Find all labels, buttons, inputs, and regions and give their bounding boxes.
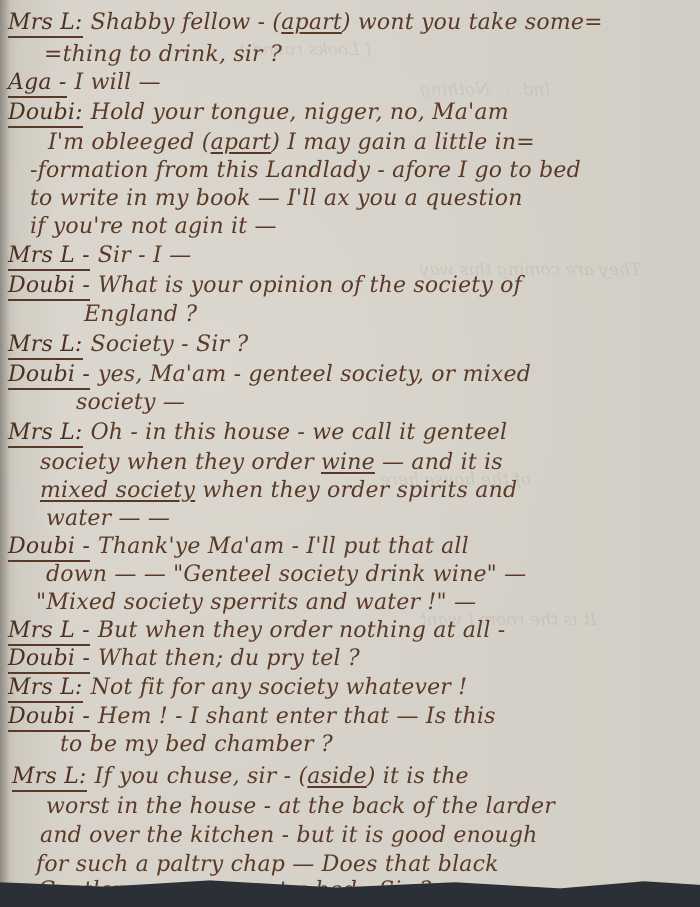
speaker-label: Mrs L - bbox=[8, 243, 90, 271]
script-line: Mrs L:If you chuse, sir - (aside) it is … bbox=[12, 764, 469, 792]
script-line: Mrs L:Shabby fellow - (apart) wont you t… bbox=[8, 10, 603, 38]
script-line: Aga -I will — bbox=[8, 70, 161, 98]
script-line: Doubi -What then; du pry tel ? bbox=[8, 646, 360, 674]
script-line: for such a paltry chap — Does that black bbox=[36, 852, 499, 877]
speaker-label: Mrs L: bbox=[12, 764, 87, 792]
script-line: -formation from this Landlady - afore I … bbox=[30, 158, 581, 183]
script-line: to be my bed chamber ? bbox=[60, 732, 333, 757]
bleed-through-text: Ind. . . Nothing bbox=[420, 80, 551, 100]
speaker-label: Doubi - bbox=[8, 646, 90, 674]
emphasis: mixed society bbox=[40, 478, 195, 503]
script-line: mixed society when they order spirits an… bbox=[40, 478, 517, 503]
struck-word: want bbox=[232, 878, 288, 903]
script-line: Doubi:Hold your tongue, nigger, no, Ma'a… bbox=[8, 100, 509, 128]
script-line: to write in my book — I'll ax you a ques… bbox=[30, 186, 523, 211]
script-line: and over the kitchen - but it is good en… bbox=[40, 823, 537, 848]
speaker-label: Doubi: bbox=[8, 100, 83, 128]
script-line: Doubi -Thank'ye Ma'am - I'll put that al… bbox=[8, 534, 469, 562]
stage-direction: aside bbox=[307, 764, 367, 789]
script-line: Mrs L -But when they order nothing at al… bbox=[8, 618, 505, 646]
script-line: society when they order wine — and it is bbox=[40, 450, 503, 475]
script-line: Mrs L:Oh - in this house - we call it ge… bbox=[8, 420, 507, 448]
stage-direction: apart bbox=[211, 130, 272, 155]
speaker-label: Doubi - bbox=[8, 362, 90, 390]
manuscript-page: ( Looks round ) Ind. . . Nothing They ar… bbox=[0, 0, 700, 892]
speaker-label: Doubi - bbox=[8, 704, 90, 732]
script-line: Doubi -yes, Ma'am - genteel society, or … bbox=[8, 362, 531, 390]
speaker-label: Mrs L: bbox=[8, 420, 83, 448]
speaker-label: Aga - bbox=[8, 70, 67, 98]
page-edge-shadow bbox=[0, 0, 10, 907]
script-line: Doubi -What is your opinion of the socie… bbox=[8, 273, 522, 301]
stage-direction: apart bbox=[281, 10, 342, 35]
script-line: Mrs L:Not fit for any society whatever ! bbox=[8, 675, 467, 703]
script-line: down — — "Genteel society drink wine" — bbox=[46, 562, 526, 587]
speaker-label: Mrs L: bbox=[8, 332, 83, 360]
speaker-label: Mrs L: bbox=[8, 10, 83, 38]
script-line: society — bbox=[76, 390, 185, 415]
script-line: I'm obleeged (apart) I may gain a little… bbox=[48, 130, 535, 155]
speaker-label: Mrs L: bbox=[8, 675, 83, 703]
speaker-label: Doubi - bbox=[8, 273, 90, 301]
script-line: Doubi -Hem ! - I shant enter that — Is t… bbox=[8, 704, 496, 732]
script-line: "Mixed society sperrits and water !" — bbox=[36, 590, 476, 615]
script-line: if you're not agin it — bbox=[30, 214, 277, 239]
script-line: England ? bbox=[84, 302, 197, 327]
script-line: Mrs L -Sir - I — bbox=[8, 243, 191, 271]
script-line: water — — bbox=[46, 506, 170, 531]
speaker-label: Doubi - bbox=[8, 534, 90, 562]
script-line: Mrs L:Society - Sir ? bbox=[8, 332, 248, 360]
script-line: worst in the house - at the back of the … bbox=[46, 794, 555, 819]
script-line: =thing to drink, sir ? bbox=[44, 42, 282, 67]
emphasis: wine bbox=[321, 450, 375, 475]
script-line: Gentleman want want a bed - Sir ? — bbox=[38, 878, 461, 903]
speaker-label: Mrs L - bbox=[8, 618, 90, 646]
